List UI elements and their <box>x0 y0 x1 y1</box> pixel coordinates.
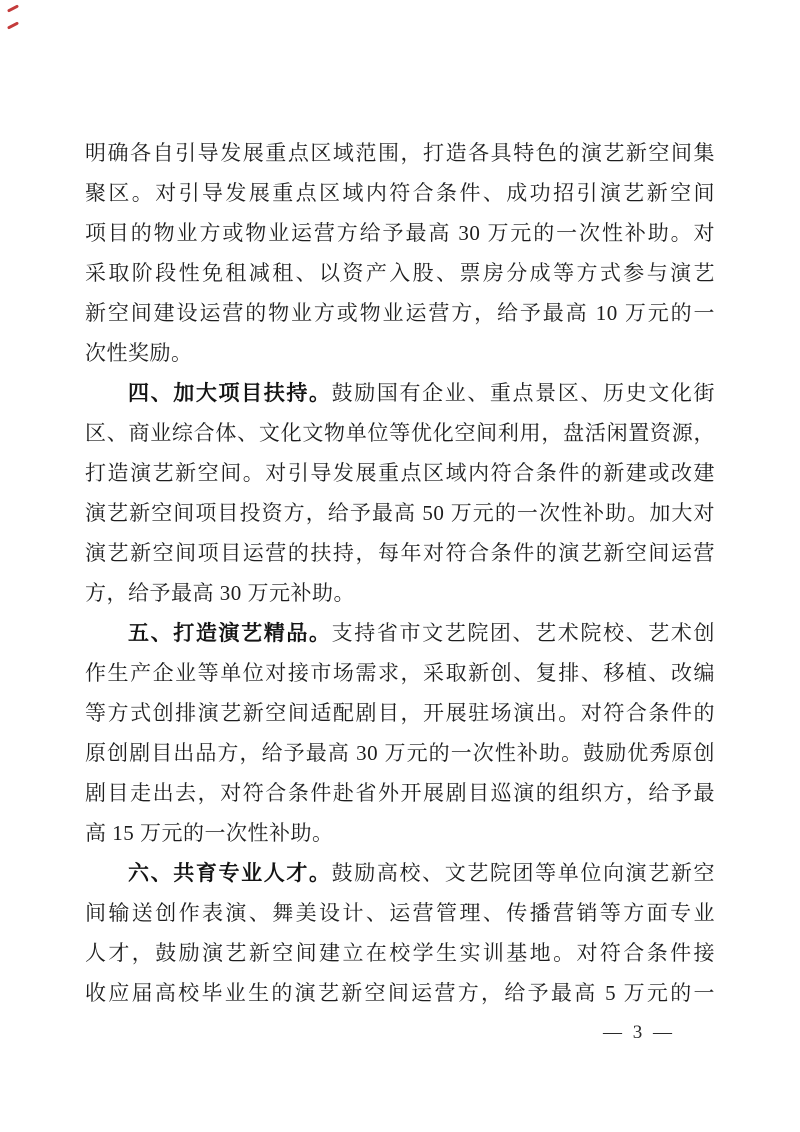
page-number: — 3 — <box>603 1020 675 1046</box>
text-line: 间输送创作表演、舞美设计、运营管理、传播营销等方面专业 <box>85 893 715 933</box>
corner-marks <box>7 7 23 47</box>
text-line: 次性奖励。 <box>85 333 715 373</box>
text-line: 剧目走出去，对符合条件赴省外开展剧目巡演的组织方，给予最 <box>85 773 715 813</box>
text-line: 收应届高校毕业生的演艺新空间运营方，给予最高 5 万元的一 <box>85 973 715 1013</box>
section-heading: 四、加大项目扶持。 <box>128 382 332 405</box>
text-line: 方，给予最高 30 万元补助。 <box>85 573 715 613</box>
text-line: 人才，鼓励演艺新空间建立在校学生实训基地。对符合条件接 <box>85 933 715 973</box>
red-mark-icon <box>7 21 19 29</box>
red-mark-icon <box>7 4 19 12</box>
text-line: 聚区。对引导发展重点区域内符合条件、成功招引演艺新空间 <box>85 173 715 213</box>
text-line: 明确各自引导发展重点区域范围，打造各具特色的演艺新空间集 <box>85 133 715 173</box>
text-line: 等方式创排演艺新空间适配剧目，开展驻场演出。对符合条件的 <box>85 693 715 733</box>
text-line: 打造演艺新空间。对引导发展重点区域内符合条件的新建或改建 <box>85 453 715 493</box>
text-line: 作生产企业等单位对接市场需求，采取新创、复排、移植、改编 <box>85 653 715 693</box>
document-page: 明确各自引导发展重点区域范围，打造各具特色的演艺新空间集聚区。对引导发展重点区域… <box>0 0 800 1132</box>
text-line: 区、商业综合体、文化文物单位等优化空间利用，盘活闲置资源， <box>85 413 715 453</box>
text-line: 演艺新空间项目运营的扶持，每年对符合条件的演艺新空间运营 <box>85 533 715 573</box>
text-line: 五、打造演艺精品。支持省市文艺院团、艺术院校、艺术创 <box>85 613 715 653</box>
text-line: 采取阶段性免租减租、以资产入股、票房分成等方式参与演艺 <box>85 253 715 293</box>
text-line: 六、共育专业人才。鼓励高校、文艺院团等单位向演艺新空 <box>85 853 715 893</box>
text-line: 新空间建设运营的物业方或物业运营方，给予最高 10 万元的一 <box>85 293 715 333</box>
text-line: 高 15 万元的一次性补助。 <box>85 813 715 853</box>
section-heading: 五、打造演艺精品。 <box>128 622 332 645</box>
text-line: 原创剧目出品方，给予最高 30 万元的一次性补助。鼓励优秀原创 <box>85 733 715 773</box>
text-line: 演艺新空间项目投资方，给予最高 50 万元的一次性补助。加大对 <box>85 493 715 533</box>
text-line: 项目的物业方或物业运营方给予最高 30 万元的一次性补助。对 <box>85 213 715 253</box>
section-heading: 六、共育专业人才。 <box>128 862 332 885</box>
text-line: 四、加大项目扶持。鼓励国有企业、重点景区、历史文化街 <box>85 373 715 413</box>
document-body: 明确各自引导发展重点区域范围，打造各具特色的演艺新空间集聚区。对引导发展重点区域… <box>85 133 715 1013</box>
